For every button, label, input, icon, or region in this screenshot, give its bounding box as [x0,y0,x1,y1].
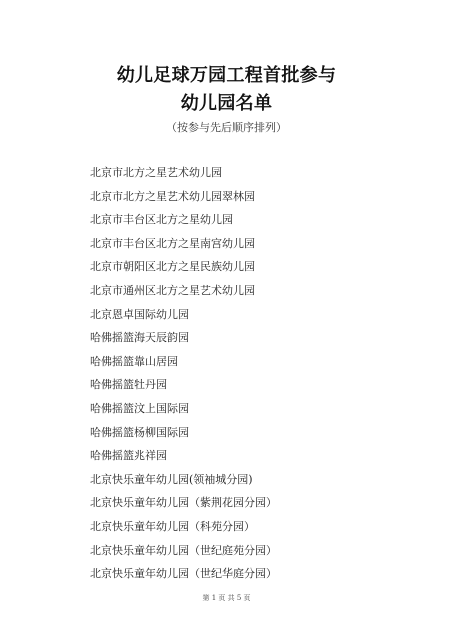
list-item: 北京快乐童年幼儿园(领袖城分园) [90,470,277,494]
list-item: 北京市丰台区北方之星南宫幼儿园 [90,234,277,258]
list-item: 北京快乐童年幼儿园（科苑分园） [90,517,277,541]
list-item: 哈佛摇篮兆祥园 [90,446,277,470]
list-item: 北京快乐童年幼儿园（世纪庭苑分园） [90,541,277,565]
list-item: 哈佛摇篮牡丹园 [90,375,277,399]
list-item: 北京恩卓国际幼儿园 [90,305,277,329]
list-item: 北京市朝阳区北方之星民族幼儿园 [90,257,277,281]
list-item: 哈佛摇篮杨柳国际园 [90,423,277,447]
document-subtitle: （按参与先后顺序排列） [0,119,453,137]
list-item: 北京市丰台区北方之星幼儿园 [90,210,277,234]
document-title-line-1: 幼儿足球万园工程首批参与 [0,62,453,90]
list-item: 哈佛摇篮汶上国际园 [90,399,277,423]
document-page: 幼儿足球万园工程首批参与 幼儿园名单 （按参与先后顺序排列） 北京市北方之星艺术… [0,0,453,640]
list-item: 哈佛摇篮海天辰韵园 [90,328,277,352]
list-item: 北京快乐童年幼儿园（紫荆花园分园） [90,493,277,517]
list-item: 北京市北方之星艺术幼儿园翠林园 [90,187,277,211]
page-number-footer: 第 1 页 共 5 页 [0,592,453,604]
kindergarten-list: 北京市北方之星艺术幼儿园 北京市北方之星艺术幼儿园翠林园 北京市丰台区北方之星幼… [90,163,277,588]
list-item: 北京快乐童年幼儿园（世纪华庭分园） [90,564,277,588]
list-item: 哈佛摇篮靠山居园 [90,352,277,376]
document-title-line-2: 幼儿园名单 [0,90,453,118]
list-item: 北京市北方之星艺术幼儿园 [90,163,277,187]
list-item: 北京市通州区北方之星艺术幼儿园 [90,281,277,305]
